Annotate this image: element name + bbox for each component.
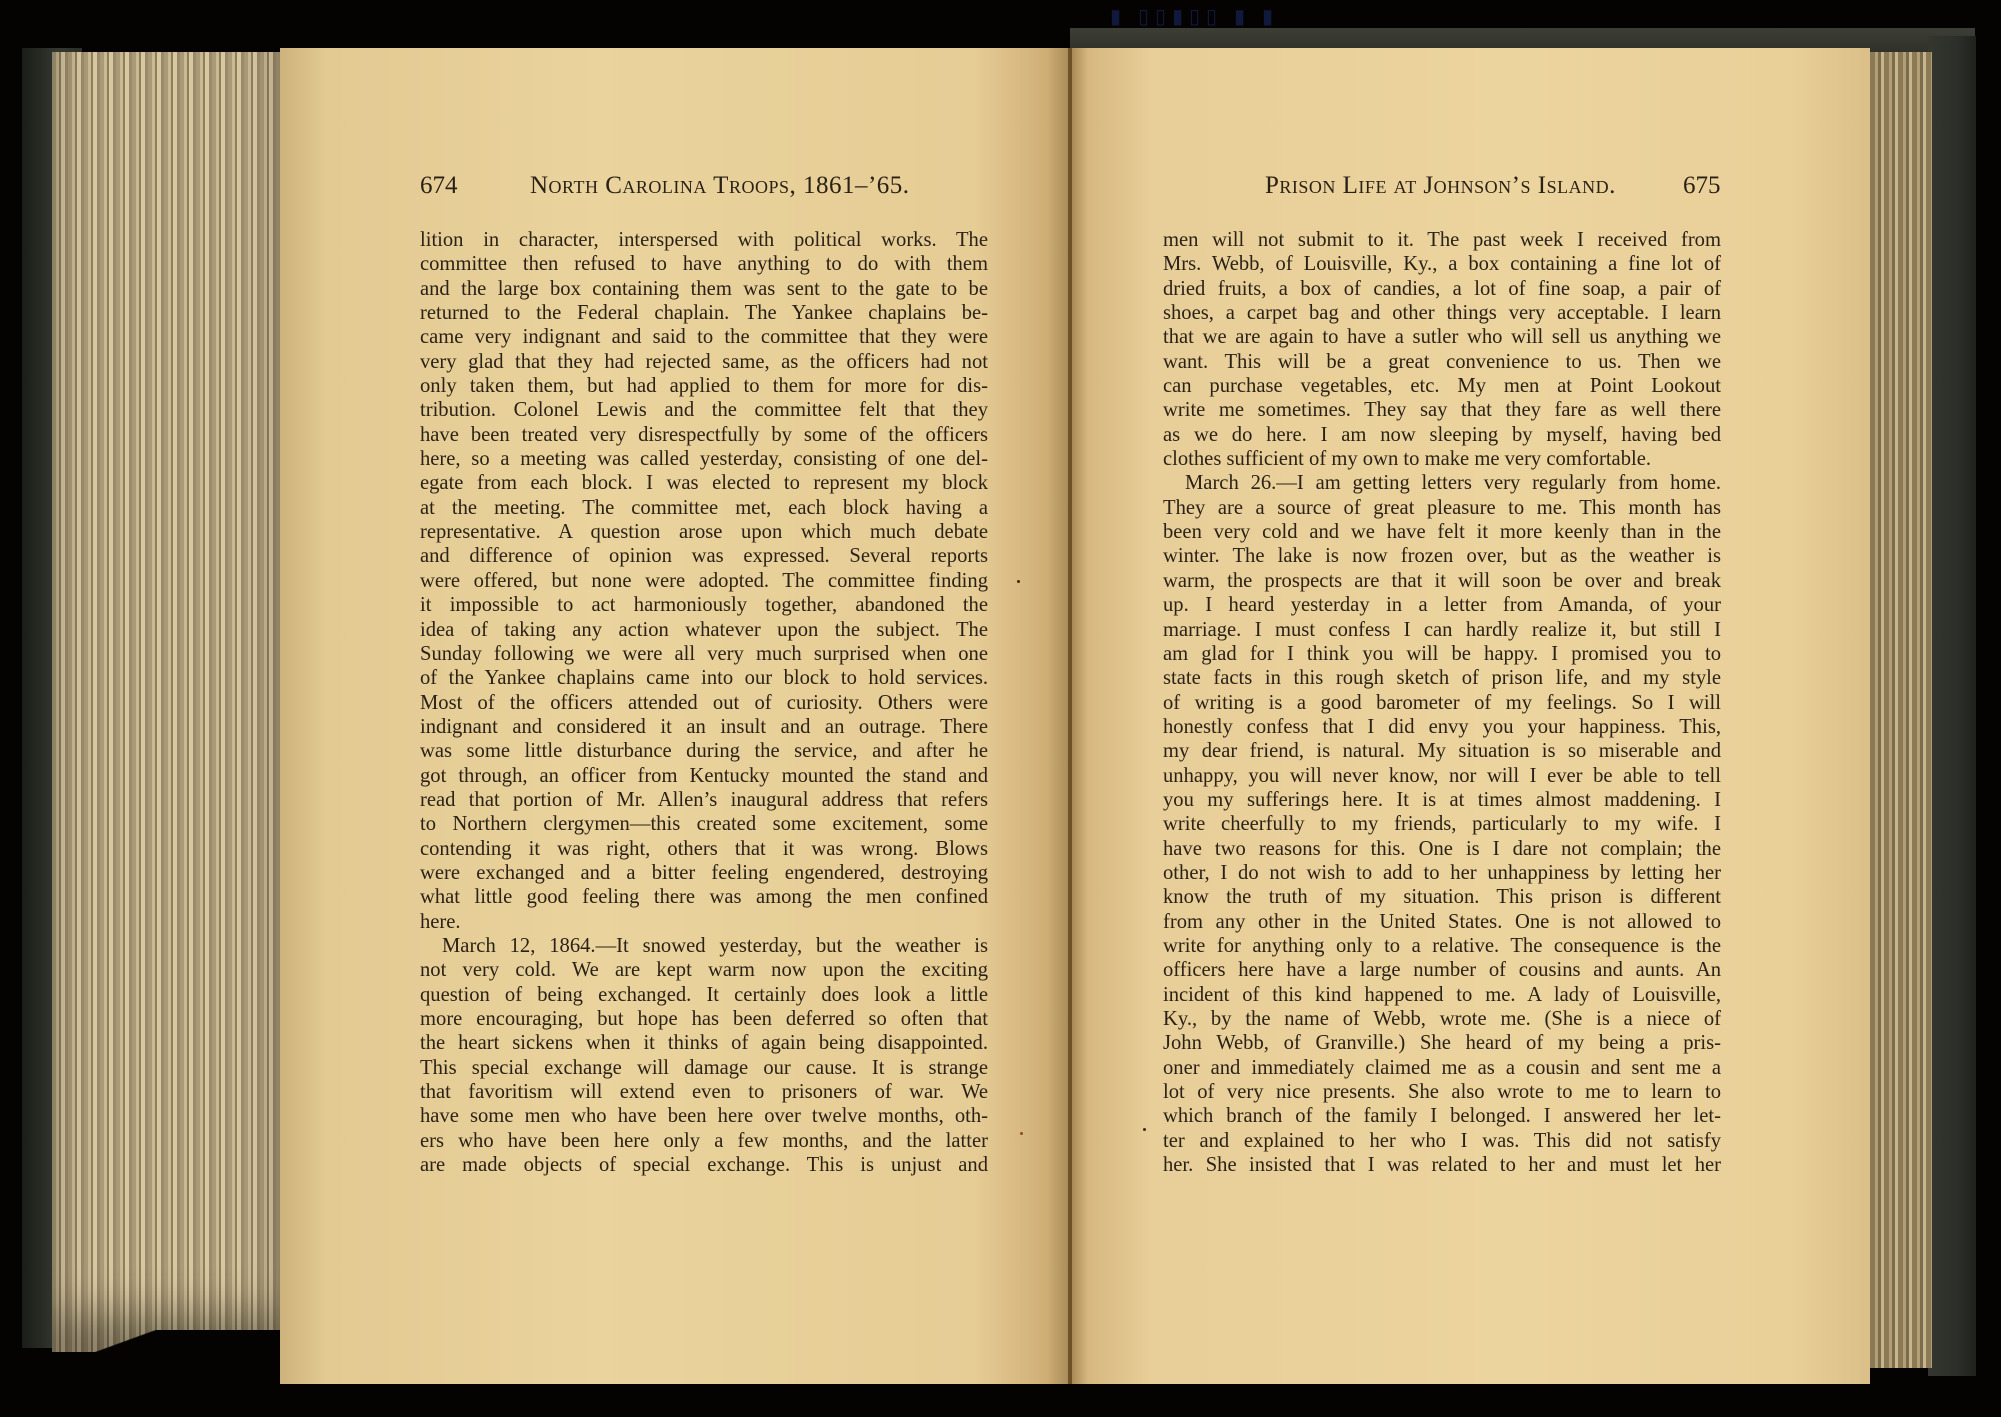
text-line: know the truth of my situation. This pri…	[1163, 885, 1721, 909]
page-edges-left	[52, 52, 282, 1352]
paper-speck	[1020, 1132, 1023, 1135]
book-gutter	[1068, 48, 1072, 1384]
text-line: came very indignant and said to the comm…	[420, 325, 988, 349]
text-line: not very cold. We are kept warm now upon…	[420, 958, 988, 982]
right-running-head: Prison Life at Johnson’s Island.	[1265, 172, 1616, 200]
text-line: lot of very nice presents. She also wrot…	[1163, 1080, 1721, 1104]
text-line: marriage. I must confess I can hardly re…	[1163, 618, 1721, 642]
text-line: which branch of the family I belonged. I…	[1163, 1104, 1721, 1128]
text-line: write for anything only to a relative. T…	[1163, 934, 1721, 958]
text-line: were exchanged and a bitter feeling enge…	[420, 861, 988, 885]
text-line: dried fruits, a box of candies, a lot of…	[1163, 277, 1721, 301]
text-line: you my sufferings here. It is at times a…	[1163, 788, 1721, 812]
text-line: March 26.—I am getting letters very regu…	[1163, 471, 1721, 495]
book-cover-right	[1928, 36, 1976, 1376]
text-line: They are a source of great pleasure to m…	[1163, 496, 1721, 520]
right-page-number: 675	[1683, 172, 1721, 200]
paper-speck	[1143, 1128, 1146, 1131]
text-line: were offered, but none were adopted. The…	[420, 569, 988, 593]
text-line: have some men who have been here over tw…	[420, 1104, 988, 1128]
text-line: lition in character, interspersed with p…	[420, 228, 988, 252]
text-line: contending it was right, others that it …	[420, 837, 988, 861]
paper-speck	[1017, 580, 1020, 583]
text-line: of writing is a good barometer of my fee…	[1163, 691, 1721, 715]
text-line: and difference of opinion was expressed.…	[420, 544, 988, 568]
text-line: been very cold and we have felt it more …	[1163, 520, 1721, 544]
text-line: officers here have a large number of cou…	[1163, 958, 1721, 982]
text-line: have been treated very disrespectfully b…	[420, 423, 988, 447]
text-line: that we are again to have a sutler who w…	[1163, 325, 1721, 349]
text-line: March 12, 1864.—It snowed yesterday, but…	[420, 934, 988, 958]
text-line: winter. The lake is now frozen over, but…	[1163, 544, 1721, 568]
text-line: here, so a meeting was called yesterday,…	[420, 447, 988, 471]
left-page-body-text: lition in character, interspersed with p…	[420, 228, 988, 1177]
text-line: her. She insisted that I was related to …	[1163, 1153, 1721, 1177]
text-line: Mrs. Webb, of Louisville, Ky., a box con…	[1163, 252, 1721, 276]
text-line: only taken them, but had applied to them…	[420, 374, 988, 398]
text-line: my dear friend, is natural. My situation…	[1163, 739, 1721, 763]
text-line: up. I heard yesterday in a letter from A…	[1163, 593, 1721, 617]
text-line: men will not submit to it. The past week…	[1163, 228, 1721, 252]
text-line: want. This will be a great convenience t…	[1163, 350, 1721, 374]
scale-ruler-marks: ▮ ▯▯▮▯▯ ▮ ▮	[1110, 4, 1530, 26]
left-page-number: 674	[420, 172, 458, 200]
text-line: to Northern clergymen—this created some …	[420, 812, 988, 836]
page-edges-right	[1870, 52, 1932, 1368]
text-line: ers who have been here only a few months…	[420, 1129, 988, 1153]
text-line: was some little disturbance during the s…	[420, 739, 988, 763]
text-line: can purchase vegetables, etc. My men at …	[1163, 374, 1721, 398]
left-running-head: North Carolina Troops, 1861–’65.	[530, 172, 910, 200]
text-line: got through, an officer from Kentucky mo…	[420, 764, 988, 788]
text-line: clothes sufficient of my own to make me …	[1163, 447, 1721, 471]
text-line: what little good feeling there was among…	[420, 885, 988, 909]
text-line: This special exchange will damage our ca…	[420, 1056, 988, 1080]
text-line: warm, the prospects are that it will soo…	[1163, 569, 1721, 593]
text-line: representative. A question arose upon wh…	[420, 520, 988, 544]
text-line: egate from each block. I was elected to …	[420, 471, 988, 495]
text-line: are made objects of special exchange. Th…	[420, 1153, 988, 1177]
text-line: as we do here. I am now sleeping by myse…	[1163, 423, 1721, 447]
text-line: question of being exchanged. It certainl…	[420, 983, 988, 1007]
text-line: unhappy, you will never know, nor will I…	[1163, 764, 1721, 788]
right-page-body-text: men will not submit to it. The past week…	[1163, 228, 1721, 1177]
text-line: indignant and considered it an insult an…	[420, 715, 988, 739]
text-line: read that portion of Mr. Allen’s inaugur…	[420, 788, 988, 812]
text-line: more encouraging, but hope has been defe…	[420, 1007, 988, 1031]
text-line: have two reasons for this. One is I dare…	[1163, 837, 1721, 861]
text-line: honestly confess that I did envy you you…	[1163, 715, 1721, 739]
text-line: and the large box containing them was se…	[420, 277, 988, 301]
text-line: Ky., by the name of Webb, wrote me. (She…	[1163, 1007, 1721, 1031]
text-line: idea of taking any action whatever upon …	[420, 618, 988, 642]
text-line: of the Yankee chaplains came into our bl…	[420, 666, 988, 690]
text-line: Most of the officers attended out of cur…	[420, 691, 988, 715]
text-line: write cheerfully to my friends, particul…	[1163, 812, 1721, 836]
text-line: shoes, a carpet bag and other things ver…	[1163, 301, 1721, 325]
text-line: state facts in this rough sketch of pris…	[1163, 666, 1721, 690]
text-line: here.	[420, 910, 988, 934]
text-line: am glad for I think you will be happy. I…	[1163, 642, 1721, 666]
text-line: ter and explained to her who I was. This…	[1163, 1129, 1721, 1153]
text-line: other, I do not wish to add to her unhap…	[1163, 861, 1721, 885]
text-line: returned to the Federal chaplain. The Ya…	[420, 301, 988, 325]
text-line: write me sometimes. They say that they f…	[1163, 398, 1721, 422]
text-line: oner and immediately claimed me as a cou…	[1163, 1056, 1721, 1080]
text-line: Sunday following we were all very much s…	[420, 642, 988, 666]
text-line: John Webb, of Granville.) She heard of m…	[1163, 1031, 1721, 1055]
text-line: it impossible to act harmoniously togeth…	[420, 593, 988, 617]
text-line: committee then refused to have anything …	[420, 252, 988, 276]
text-line: incident of this kind happened to me. A …	[1163, 983, 1721, 1007]
text-line: from any other in the United States. One…	[1163, 910, 1721, 934]
text-line: the heart sickens when it thinks of agai…	[420, 1031, 988, 1055]
text-line: very glad that they had rejected same, a…	[420, 350, 988, 374]
text-line: at the meeting. The committee met, each …	[420, 496, 988, 520]
text-line: tribution. Colonel Lewis and the committ…	[420, 398, 988, 422]
text-line: that favoritism will extend even to pris…	[420, 1080, 988, 1104]
